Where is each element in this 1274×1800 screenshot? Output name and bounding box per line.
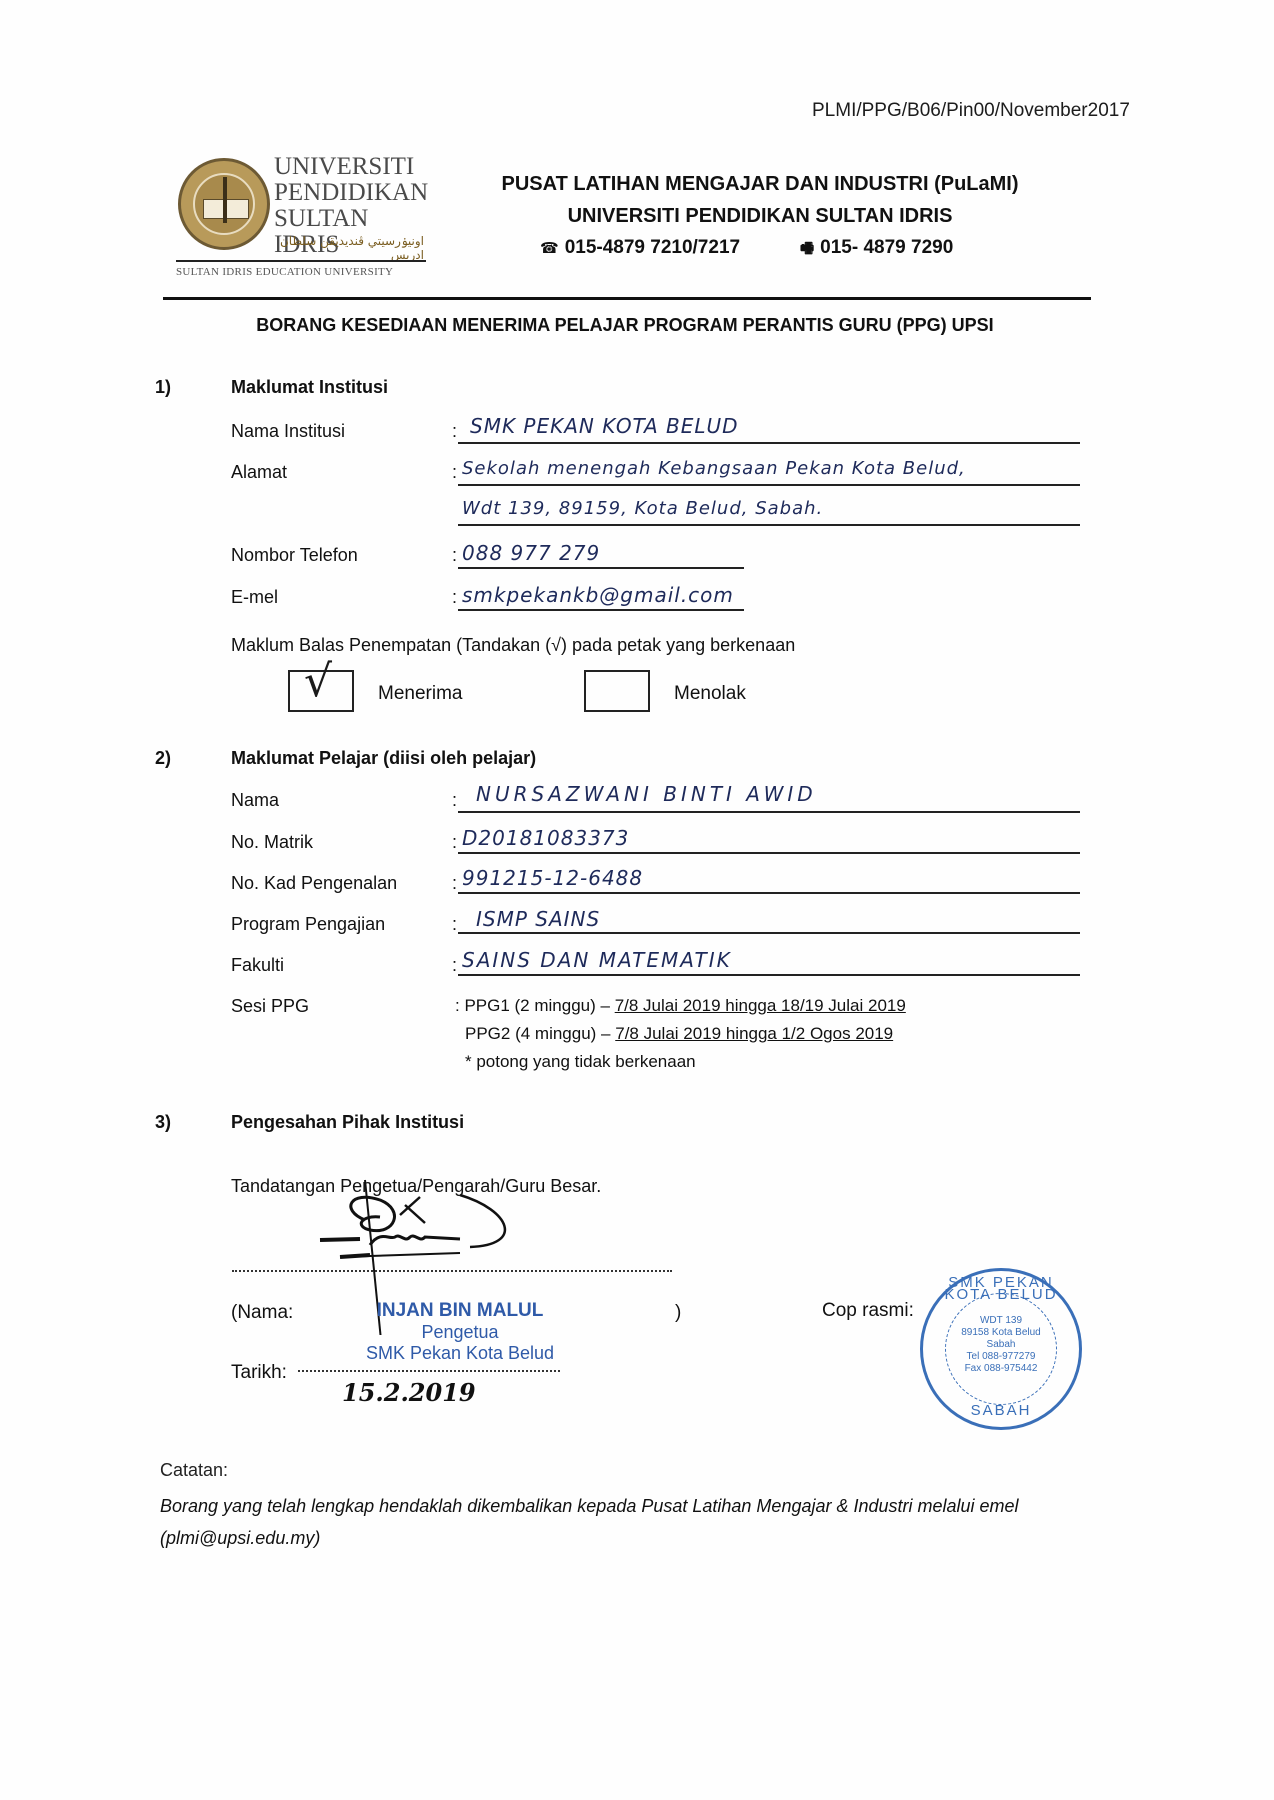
alamat-line-2-rule — [458, 524, 1080, 526]
stamp-signer-name: INJAN BIN MALUL — [340, 1300, 580, 1322]
official-stamp: SMK PEKAN KOTA BELUD WDT 139 89158 Kota … — [920, 1268, 1082, 1430]
colon: : — [452, 462, 457, 483]
stamp-inner-line: Tel 088-977279 — [923, 1351, 1079, 1363]
nama-institusi-value[interactable]: SMK PEKAN KOTA BELUD — [470, 414, 739, 438]
alamat-line-2[interactable]: Wdt 139, 89159, Kota Belud, Sabah. — [462, 498, 823, 519]
section-1-number: 1) — [155, 377, 171, 398]
stamp-inner-line: Sabah — [923, 1339, 1079, 1351]
kad-label: No. Kad Pengenalan — [231, 873, 397, 894]
section-3-title: Pengesahan Pihak Institusi — [231, 1112, 464, 1133]
stamp-inner-line: WDT 139 — [923, 1315, 1079, 1327]
checkbox-menerima[interactable]: √ — [288, 670, 354, 712]
colon: : — [452, 421, 457, 442]
emel-value[interactable]: smkpekankb@gmail.com — [462, 583, 734, 607]
program-value[interactable]: ISMP SAINS — [476, 907, 600, 931]
checkbox-menolak[interactable] — [584, 670, 650, 712]
header-divider — [163, 297, 1091, 300]
name-stamp: INJAN BIN MALUL Pengetua SMK Pekan Kota … — [340, 1300, 580, 1364]
university-seal-icon — [178, 158, 270, 250]
matrik-label: No. Matrik — [231, 832, 313, 853]
fakulti-line — [458, 974, 1080, 976]
catatan-label: Catatan: — [160, 1460, 228, 1481]
colon: : — [452, 873, 457, 894]
header-fax: 🖷015- 4879 7290 — [800, 237, 953, 263]
ppg2-prefix: PPG2 (4 minggu) – — [465, 1024, 615, 1043]
nama-signer-close: ) — [675, 1302, 681, 1324]
nama-label: Nama — [231, 790, 279, 811]
kad-line — [458, 892, 1080, 894]
stamp-outer-bottom: SABAH — [923, 1405, 1079, 1417]
tarikh-value[interactable]: 15.2.2019 — [342, 1378, 476, 1407]
section-2-number: 2) — [155, 748, 171, 769]
signature-line — [232, 1270, 672, 1272]
section-1-title: Maklumat Institusi — [231, 377, 388, 398]
logo-line-2: PENDIDIKAN — [274, 180, 431, 206]
stamp-signer-school: SMK Pekan Kota Belud — [340, 1343, 580, 1364]
logo-divider — [176, 260, 426, 262]
fax-number: 015- 4879 7290 — [820, 237, 953, 258]
logo-english-name: SULTAN IDRIS EDUCATION UNIVERSITY — [176, 266, 393, 278]
header-university-name: UNIVERSITI PENDIDIKAN SULTAN IDRIS — [470, 205, 1050, 228]
stamp-inner-line: 89158 Kota Belud — [923, 1327, 1079, 1339]
alamat-label: Alamat — [231, 462, 287, 483]
alamat-line-1[interactable]: Sekolah menengah Kebangsaan Pekan Kota B… — [462, 458, 966, 479]
colon: : — [452, 832, 457, 853]
logo-jawi-text: اونيۏرسيتي ڤنديديقن سلطان ادريس — [274, 234, 424, 262]
sesi-ppg2[interactable]: PPG2 (4 minggu) – 7/8 Julai 2019 hingga … — [465, 1024, 893, 1044]
sesi-ppg1[interactable]: : PPG1 (2 minggu) – 7/8 Julai 2019 hingg… — [455, 996, 906, 1016]
form-title: BORANG KESEDIAAN MENERIMA PELAJAR PROGRA… — [160, 315, 1090, 336]
cop-rasmi-label: Cop rasmi: — [822, 1300, 914, 1322]
sesi-label: Sesi PPG — [231, 996, 309, 1017]
phone-number: 015-4879 7210/7217 — [565, 237, 740, 258]
colon: : — [452, 790, 457, 811]
header-phone: ☎015-4879 7210/7217 — [540, 237, 740, 259]
nama-institusi-label: Nama Institusi — [231, 421, 345, 442]
university-logo: UNIVERSITI PENDIDIKAN SULTAN IDRIS اونيۏ… — [176, 154, 431, 282]
colon: : — [452, 955, 457, 976]
fax-icon: 🖷 — [800, 240, 814, 257]
stamp-inner-line: Fax 088-975442 — [923, 1363, 1079, 1375]
emel-line — [458, 609, 744, 611]
program-label: Program Pengajian — [231, 914, 385, 935]
sesi-note: * potong yang tidak berkenaan — [465, 1052, 696, 1072]
tarikh-label: Tarikh: — [231, 1362, 287, 1384]
alamat-line-1-rule — [458, 484, 1080, 486]
nama-institusi-line — [458, 442, 1080, 444]
kad-value[interactable]: 991215-12-6488 — [462, 866, 643, 890]
matrik-value[interactable]: D20181083373 — [462, 826, 629, 850]
nama-value[interactable]: NURSAZWANI BINTI AWID — [476, 782, 817, 806]
program-line — [458, 932, 1080, 934]
fakulti-value[interactable]: SAINS DAN MATEMATIK — [462, 948, 732, 972]
checkmark-icon: √ — [304, 660, 332, 704]
section-2-title: Maklumat Pelajar (diisi oleh pelajar) — [231, 748, 536, 769]
fakulti-label: Fakulti — [231, 955, 284, 976]
stamp-signer-position: Pengetua — [340, 1322, 580, 1343]
section-3-number: 3) — [155, 1112, 171, 1133]
header-center-name: PUSAT LATIHAN MENGAJAR DAN INDUSTRI (PuL… — [470, 173, 1050, 196]
ppg1-prefix: : PPG1 (2 minggu) – — [455, 996, 615, 1015]
matrik-line — [458, 852, 1080, 854]
emel-label: E-mel — [231, 587, 278, 608]
colon: : — [452, 545, 457, 566]
placement-prompt: Maklum Balas Penempatan (Tandakan (√) pa… — [231, 635, 795, 656]
telefon-value[interactable]: 088 977 279 — [462, 541, 600, 565]
label-menolak: Menolak — [674, 683, 746, 705]
nama-signer-label: (Nama: — [231, 1302, 293, 1324]
tarikh-line — [298, 1370, 560, 1372]
catatan-text: Borang yang telah lengkap hendaklah dike… — [160, 1490, 1100, 1554]
logo-line-1: UNIVERSITI — [274, 154, 431, 180]
telefon-label: Nombor Telefon — [231, 545, 358, 566]
ppg1-dates: 7/8 Julai 2019 hingga 18/19 Julai 2019 — [615, 996, 906, 1015]
label-menerima: Menerima — [378, 683, 462, 705]
document-code: PLMI/PPG/B06/Pin00/November2017 — [812, 100, 1130, 122]
telephone-icon: ☎ — [540, 240, 559, 257]
colon: : — [452, 587, 457, 608]
colon: : — [452, 914, 457, 935]
ppg2-dates: 7/8 Julai 2019 hingga 1/2 Ogos 2019 — [615, 1024, 893, 1043]
nama-line — [458, 811, 1080, 813]
telefon-line — [458, 567, 744, 569]
